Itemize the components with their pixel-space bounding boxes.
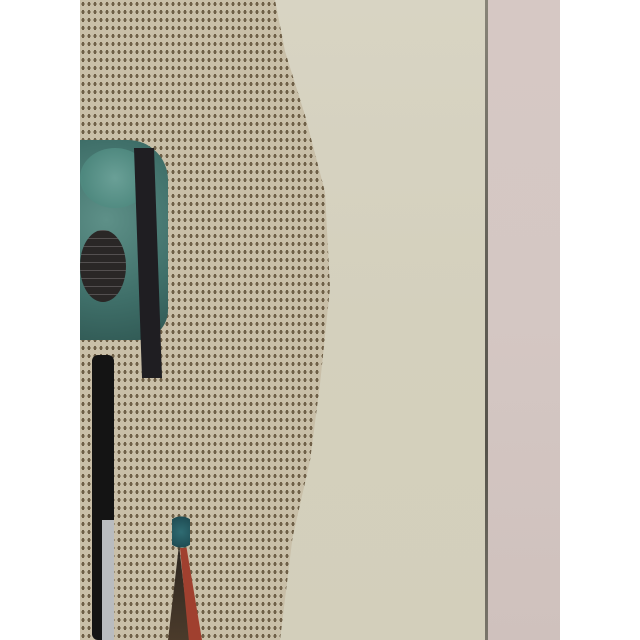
- artwork-photo: Close-up photograph of a framed mixed-me…: [80, 0, 560, 640]
- teal-brush-tip: [172, 512, 190, 552]
- dark-gridded-disc: [80, 230, 126, 302]
- pink-mat: [488, 0, 560, 640]
- grey-strip: [102, 520, 114, 640]
